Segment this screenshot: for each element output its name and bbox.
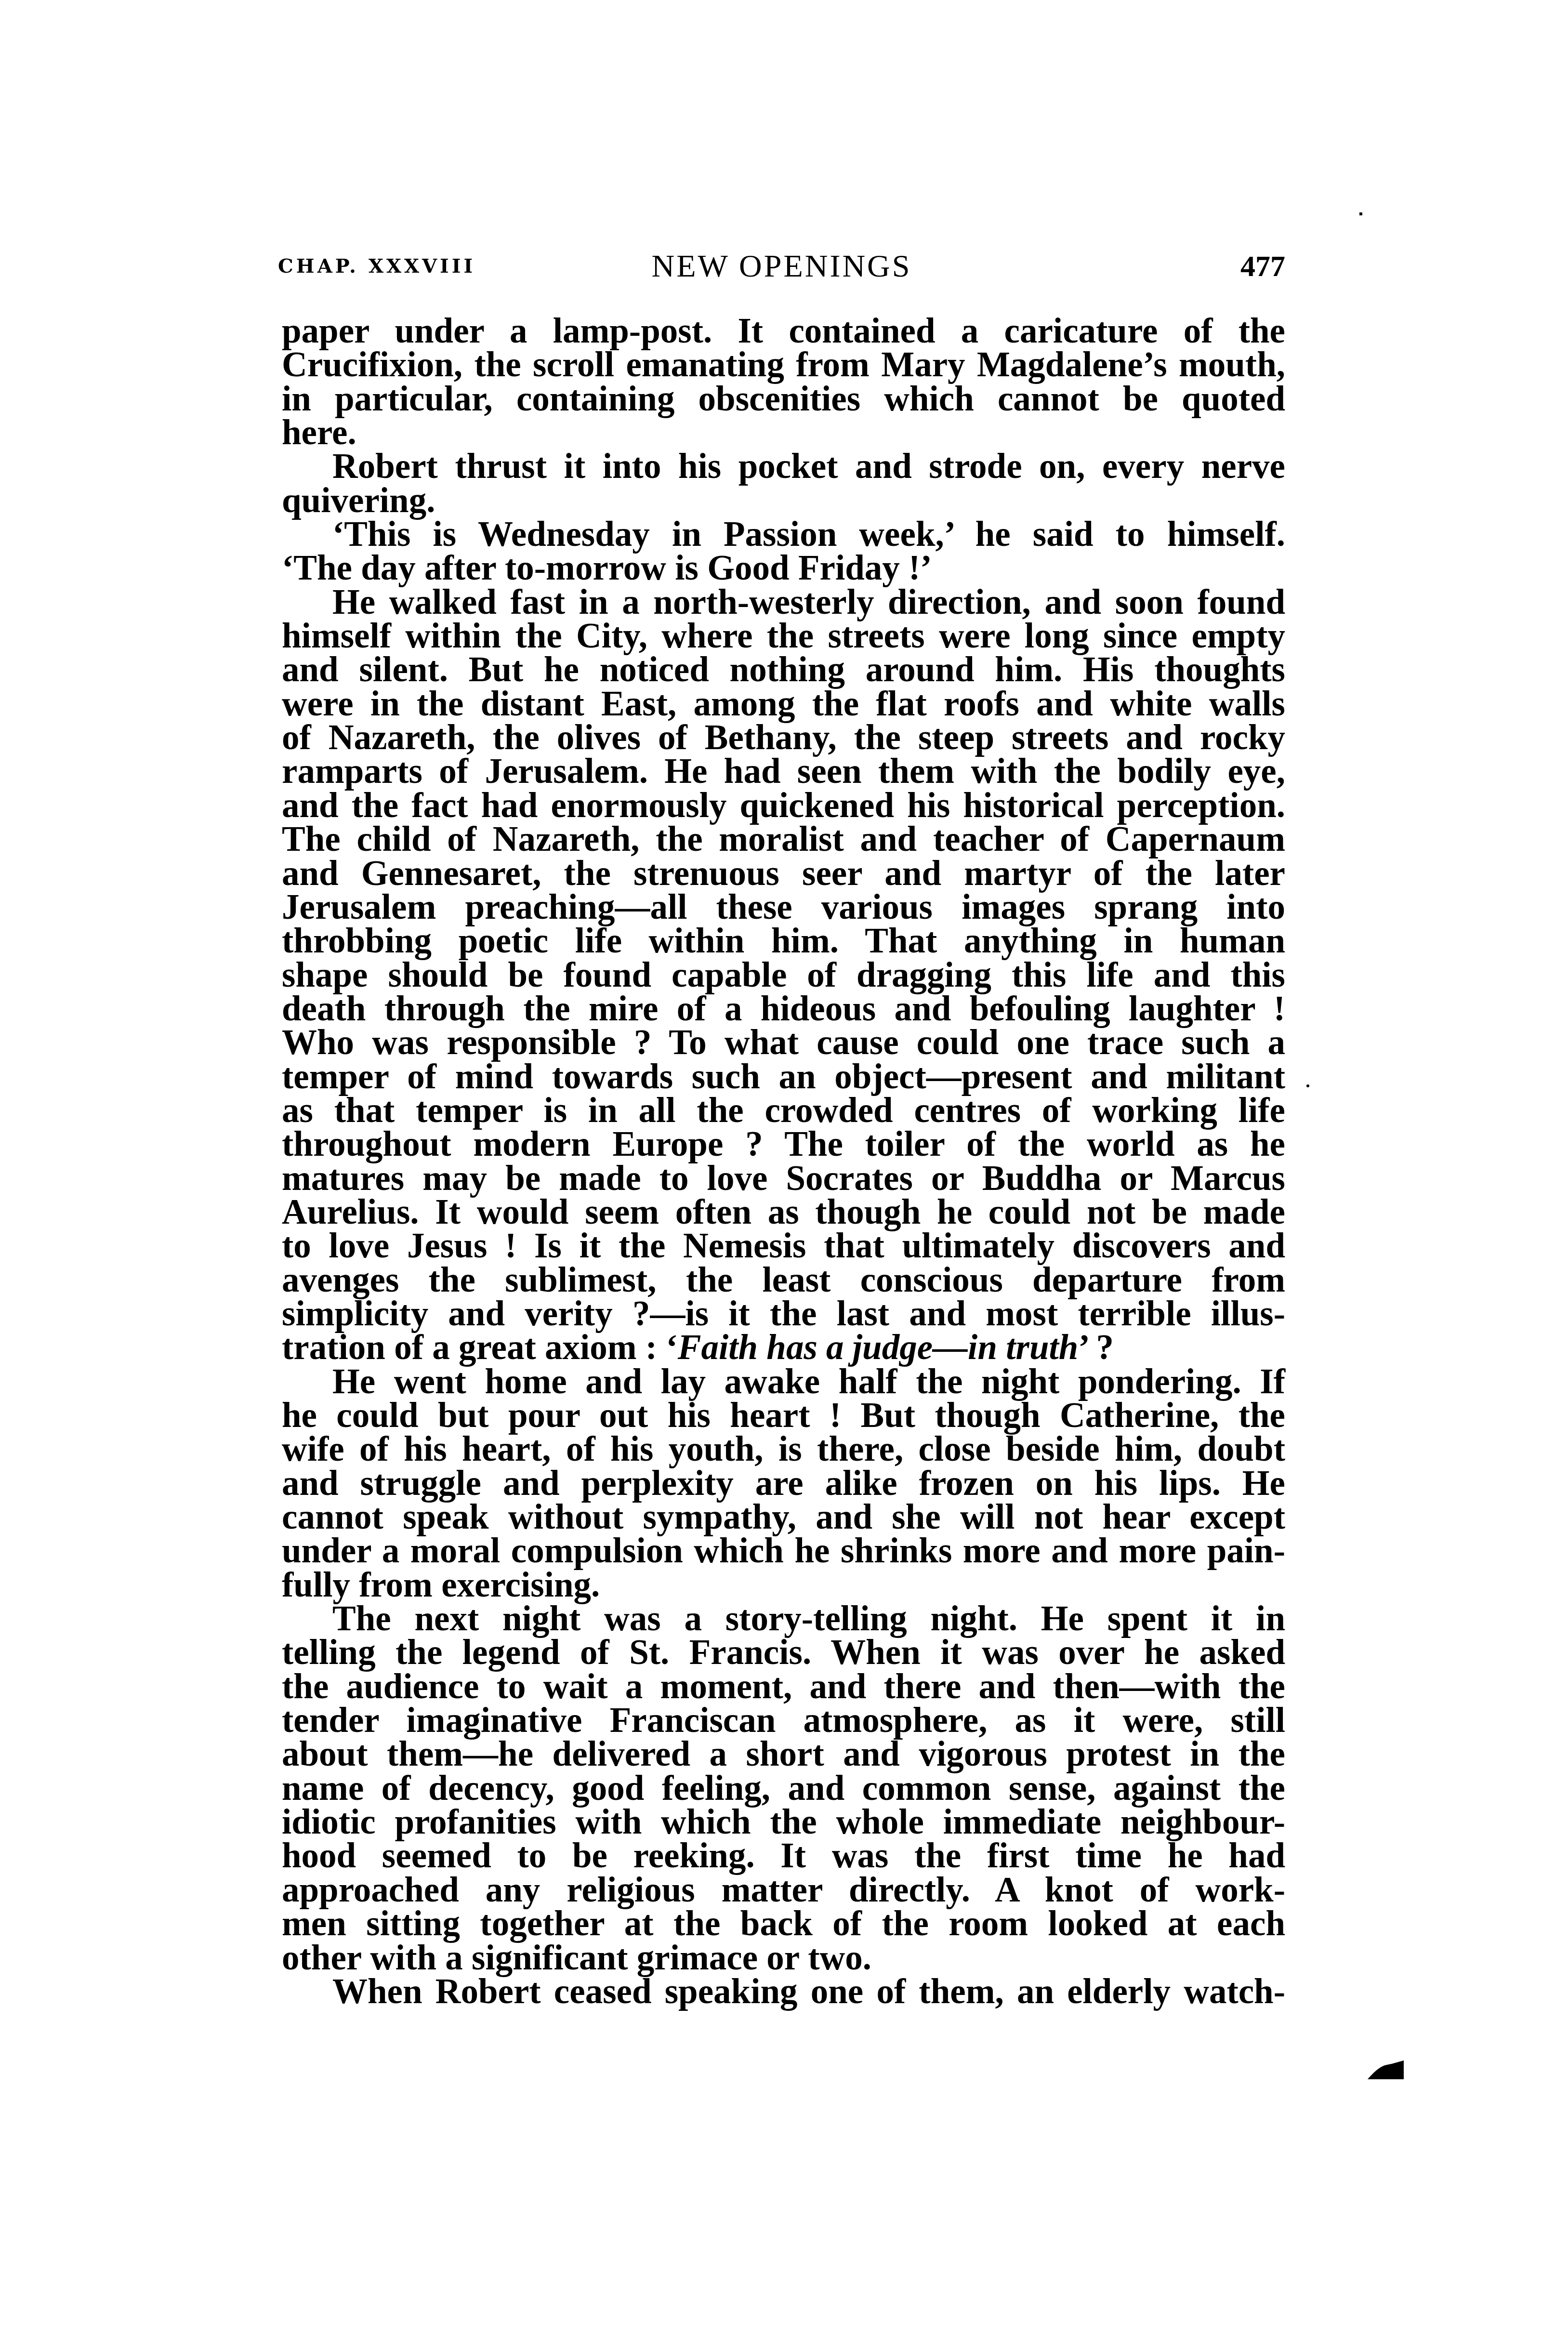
text-line: throughout modern Europe ? The toiler of… (282, 1127, 1285, 1161)
text-line-content: The next night was a story-telling night… (332, 1599, 1285, 1638)
text-line-content: to love Jesus ! Is it the Nemesis that u… (282, 1226, 1285, 1265)
text-line: The child of Nazareth, the moralist and … (282, 822, 1285, 856)
text-line: here. (282, 416, 1285, 449)
text-line-content: men sitting together at the back of the … (282, 1904, 1285, 1943)
text-line: the audience to wait a moment, and there… (282, 1670, 1285, 1703)
text-line: Robert thrust it into his pocket and str… (282, 449, 1285, 483)
text-line-content: here. (282, 413, 356, 452)
text-line: he could but pour out his heart ! But th… (282, 1399, 1285, 1432)
text-line-content: throughout modern Europe ? The toiler of… (282, 1124, 1285, 1163)
text-line: He went home and lay awake half the nigh… (282, 1365, 1285, 1399)
text-line: in particular, containing obscenities wh… (282, 382, 1285, 416)
text-line-content: ‘The day after to-morrow is Good Friday … (282, 548, 932, 587)
text-line: were in the distant East, among the flat… (282, 687, 1285, 721)
text-line-content: quivering. (282, 481, 435, 520)
text-line-content: and Gennesaret, the strenuous seer and m… (282, 854, 1285, 893)
text-line-content: shape should be found capable of draggin… (282, 955, 1285, 994)
text-line: He walked fast in a north-westerly direc… (282, 585, 1285, 619)
text-line-content: death through the mire of a hideous and … (282, 989, 1285, 1028)
text-line: Who was responsible ? To what cause coul… (282, 1026, 1285, 1059)
text-line-content: idiotic profanities with which the whole… (282, 1802, 1285, 1841)
text-line: other with a significant grimace or two. (282, 1941, 1285, 1975)
text-line: death through the mire of a hideous and … (282, 992, 1285, 1026)
text-line-content: He went home and lay awake half the nigh… (332, 1362, 1285, 1401)
text-line-content: name of decency, good feeling, and commo… (282, 1769, 1285, 1808)
text-line: throbbing poetic life within him. That a… (282, 924, 1285, 958)
text-line-content: wife of his heart, of his youth, is ther… (282, 1429, 1285, 1468)
text-line: approached any religious matter directly… (282, 1873, 1285, 1907)
text-line-content: When Robert ceased speaking one of them,… (332, 1972, 1285, 2011)
text-line-content: tender imaginative Franciscan atmosphere… (282, 1701, 1285, 1740)
text-line-content: and the fact had enormously quickened hi… (282, 786, 1285, 825)
text-line: and Gennesaret, the strenuous seer and m… (282, 857, 1285, 890)
text-line-content: tration of a great axiom : ‘ (282, 1328, 678, 1367)
running-head: CHAP. XXXVIII NEW OPENINGS 477 (278, 250, 1285, 283)
text-line: quivering. (282, 484, 1285, 517)
text-line: paper under a lamp-post. It contained a … (282, 314, 1285, 348)
scan-speck (1306, 1084, 1309, 1087)
text-line-content: ramparts of Jerusalem. He had seen them … (282, 752, 1285, 791)
text-line-content: as that temper is in all the crowded cen… (282, 1091, 1285, 1130)
text-line-content: paper under a lamp-post. It contained a … (282, 311, 1285, 350)
text-line: tration of a great axiom : ‘Faith has a … (282, 1331, 1285, 1364)
text-line: under a moral compulsion which he shrink… (282, 1534, 1285, 1568)
text-line: Jerusalem preaching—all these various im… (282, 890, 1285, 924)
text-line: and struggle and perplexity are alike fr… (282, 1466, 1285, 1500)
text-line: idiotic profanities with which the whole… (282, 1805, 1285, 1839)
text-line: The next night was a story-telling night… (282, 1602, 1285, 1636)
text-line-content: Crucifixion, the scroll emanating from M… (282, 345, 1285, 384)
text-line: tender imaginative Franciscan atmosphere… (282, 1703, 1285, 1737)
text-line: avenges the sublimest, the least conscio… (282, 1263, 1285, 1297)
text-line: himself within the City, where the stree… (282, 619, 1285, 653)
scan-speck (1359, 212, 1362, 215)
text-line-content: Robert thrust it into his pocket and str… (332, 447, 1285, 486)
text-line: to love Jesus ! Is it the Nemesis that u… (282, 1229, 1285, 1263)
text-line: wife of his heart, of his youth, is ther… (282, 1432, 1285, 1466)
text-line-content: The child of Nazareth, the moralist and … (282, 819, 1285, 858)
text-line-content: approached any religious matter directly… (282, 1870, 1285, 1909)
text-line: temper of mind towards such an object—pr… (282, 1060, 1285, 1094)
text-line-content: under a moral compulsion which he shrink… (282, 1531, 1285, 1570)
text-line: telling the legend of St. Francis. When … (282, 1636, 1285, 1669)
book-page: CHAP. XXXVIII NEW OPENINGS 477 paper und… (0, 0, 1568, 2350)
text-line: ramparts of Jerusalem. He had seen them … (282, 754, 1285, 788)
text-line-content: the audience to wait a moment, and there… (282, 1667, 1285, 1706)
text-line-content: himself within the City, where the stree… (282, 616, 1285, 655)
text-line-content: temper of mind towards such an object—pr… (282, 1057, 1285, 1096)
text-line-content: cannot speak without sympathy, and she w… (282, 1497, 1285, 1536)
text-line-content: simplicity and verity ?—is it the last a… (282, 1294, 1285, 1333)
text-line-content: He walked fast in a north-westerly direc… (332, 582, 1285, 621)
text-line: as that temper is in all the crowded cen… (282, 1094, 1285, 1127)
text-line: matures may be made to love Socrates or … (282, 1162, 1285, 1195)
text-line-content: of Nazareth, the olives of Bethany, the … (282, 718, 1285, 757)
text-line: men sitting together at the back of the … (282, 1907, 1285, 1941)
text-line-content: Jerusalem preaching—all these various im… (282, 887, 1285, 926)
text-line-tail: ’ ? (1078, 1328, 1114, 1367)
text-line: Aurelius. It would seem often as though … (282, 1195, 1285, 1229)
text-line: name of decency, good feeling, and commo… (282, 1771, 1285, 1805)
text-line: ‘This is Wednesday in Passion week,’ he … (282, 517, 1285, 551)
text-line-content: Who was responsible ? To what cause coul… (282, 1023, 1285, 1062)
text-line-content: fully from exercising. (282, 1565, 600, 1604)
italic-quote: Faith has a judge—in truth (678, 1328, 1079, 1367)
text-line: Crucifixion, the scroll emanating from M… (282, 348, 1285, 382)
text-line: simplicity and verity ?—is it the last a… (282, 1297, 1285, 1331)
text-line: about them—he delivered a short and vigo… (282, 1737, 1285, 1771)
text-line-content: hood seemed to be reeking. It was the fi… (282, 1836, 1285, 1875)
text-line: cannot speak without sympathy, and she w… (282, 1500, 1285, 1534)
text-line: fully from exercising. (282, 1568, 1285, 1602)
text-line-content: and struggle and perplexity are alike fr… (282, 1464, 1285, 1503)
text-line-content: were in the distant East, among the flat… (282, 684, 1285, 723)
text-line: and the fact had enormously quickened hi… (282, 789, 1285, 822)
text-line: of Nazareth, the olives of Bethany, the … (282, 721, 1285, 754)
text-line-content: he could but pour out his heart ! But th… (282, 1396, 1285, 1435)
text-line-content: avenges the sublimest, the least conscio… (282, 1260, 1285, 1299)
text-line-content: ‘This is Wednesday in Passion week,’ he … (332, 515, 1285, 554)
body-text: paper under a lamp-post. It contained a … (282, 314, 1285, 2008)
text-line: ‘The day after to-morrow is Good Friday … (282, 551, 1285, 585)
text-line: hood seemed to be reeking. It was the fi… (282, 1839, 1285, 1873)
text-line: When Robert ceased speaking one of them,… (282, 1975, 1285, 2008)
text-line-content: other with a significant grimace or two. (282, 1938, 871, 1977)
text-line: shape should be found capable of draggin… (282, 958, 1285, 992)
running-title: NEW OPENINGS (278, 250, 1285, 283)
text-line: and silent. But he noticed nothing aroun… (282, 653, 1285, 687)
text-line-content: about them—he delivered a short and vigo… (282, 1734, 1285, 1773)
text-line-content: telling the legend of St. Francis. When … (282, 1633, 1285, 1672)
text-line-content: Aurelius. It would seem often as though … (282, 1192, 1285, 1231)
text-line-content: throbbing poetic life within him. That a… (282, 921, 1285, 960)
text-line-content: in particular, containing obscenities wh… (282, 379, 1285, 418)
page-number: 477 (1240, 250, 1285, 283)
text-line-content: matures may be made to love Socrates or … (282, 1159, 1285, 1198)
page-curl-mark-icon (1368, 2060, 1404, 2080)
text-line-content: and silent. But he noticed nothing aroun… (282, 650, 1285, 689)
